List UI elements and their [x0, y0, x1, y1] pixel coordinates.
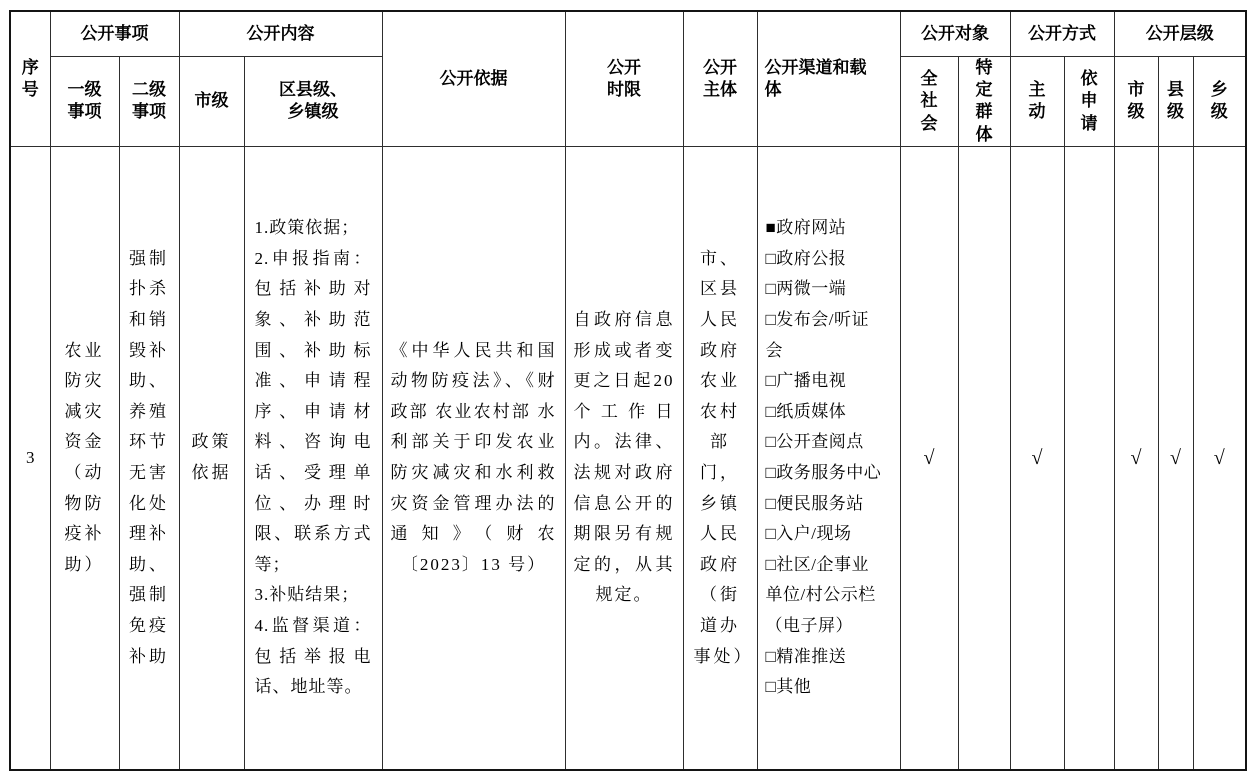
header-audience-group: 公开对象 [900, 11, 1010, 56]
header-level-city: 市级 [1114, 56, 1158, 147]
channel-option-government-website: ■政府网站 [766, 213, 886, 244]
disclosure-table: 序号 公开事项 公开内容 公开依据 公开时限 公开主体 公开渠道和载体 公开对象… [9, 10, 1247, 771]
channel-option-weibo-wechat: □两微一端 [766, 274, 886, 305]
channel-option-print-media: □纸质媒体 [766, 397, 886, 428]
content-item: 1.政策依据； [255, 213, 372, 244]
channel-option-radio-tv: □广播电视 [766, 366, 886, 397]
cell-check-on-request [1064, 147, 1114, 770]
table-row: 3 农业防灾减灾资金（动物防疫补助） 强制扑杀和销毁补助、养殖环节无害化处理补助… [10, 147, 1246, 770]
cell-check-city-level: √ [1114, 147, 1158, 770]
cell-check-county-level: √ [1158, 147, 1193, 770]
content-item: 4.监督渠道：包括举报电话、地址等。 [255, 611, 372, 703]
channel-option-press-conference: □发布会/听证会 [766, 305, 886, 366]
header-serial: 序号 [10, 11, 50, 147]
header-level2-matter: 二级事项 [119, 56, 179, 147]
header-subject: 公开主体 [683, 11, 757, 147]
header-channels: 公开渠道和载体 [757, 11, 900, 147]
header-specific-groups: 特定群体 [958, 56, 1010, 147]
cell-city-content: 政策依据 [179, 147, 244, 770]
cell-check-proactive: √ [1010, 147, 1064, 770]
header-content-group: 公开内容 [179, 11, 382, 56]
cell-basis: 《中华人民共和国动物防疫法》、《财政部 农业农村部 水利部关于印发农业防灾减灾和… [382, 147, 565, 770]
header-city-content: 市级 [179, 56, 244, 147]
channel-option-government-gazette: □政府公报 [766, 244, 886, 275]
header-on-request: 依申请 [1064, 56, 1114, 147]
header-county-town-content: 区县级、乡镇级 [244, 56, 382, 147]
cell-check-specific-groups [958, 147, 1010, 770]
header-whole-society: 全社会 [900, 56, 958, 147]
content-item: 3.补贴结果； [255, 580, 372, 611]
header-proactive: 主动 [1010, 56, 1064, 147]
channel-option-public-reading-point: □公开查阅点 [766, 427, 886, 458]
content-item: 2.申报指南：包括补助对象、补助范围、补助标准、申请程序、申请材料、咨询电话、受… [255, 244, 372, 581]
cell-serial-number: 3 [10, 147, 50, 770]
channel-option-other: □其他 [766, 672, 886, 703]
header-time-limit: 公开时限 [565, 11, 683, 147]
channel-option-community-board: □社区/企事业单位/村公示栏（电子屏） [766, 550, 886, 642]
cell-channels: ■政府网站 □政府公报 □两微一端 □发布会/听证会 □广播电视 □纸质媒体 □… [757, 147, 900, 770]
header-method-group: 公开方式 [1010, 11, 1114, 56]
channel-option-targeted-push: □精准推送 [766, 642, 886, 673]
header-basis: 公开依据 [382, 11, 565, 147]
cell-level1-matter: 农业防灾减灾资金（动物防疫补助） [50, 147, 119, 770]
header-matters-group: 公开事项 [50, 11, 179, 56]
header-levels-group: 公开层级 [1114, 11, 1246, 56]
cell-subject: 市、区县人民政府农业农村部门，乡镇人民政府（街道办事处） [683, 147, 757, 770]
cell-county-town-content: 1.政策依据； 2.申报指南：包括补助对象、补助范围、补助标准、申请程序、申请材… [244, 147, 382, 770]
header-level1-matter: 一级事项 [50, 56, 119, 147]
cell-check-township-level: √ [1193, 147, 1246, 770]
header-level-county: 县级 [1158, 56, 1193, 147]
header-level-township: 乡级 [1193, 56, 1246, 147]
channel-option-service-center: □政务服务中心 [766, 458, 886, 489]
channel-option-convenience-station: □便民服务站 [766, 489, 886, 520]
cell-check-whole-society: √ [900, 147, 958, 770]
cell-level2-matter: 强制扑杀和销毁补助、养殖环节无害化处理补助、强制免疫补助 [119, 147, 179, 770]
cell-time-limit: 自政府信息形成或者变更之日起20个工作日内。法律、法规对政府信息公开的期限另有规… [565, 147, 683, 770]
channel-option-door-to-door: □入户/现场 [766, 519, 886, 550]
